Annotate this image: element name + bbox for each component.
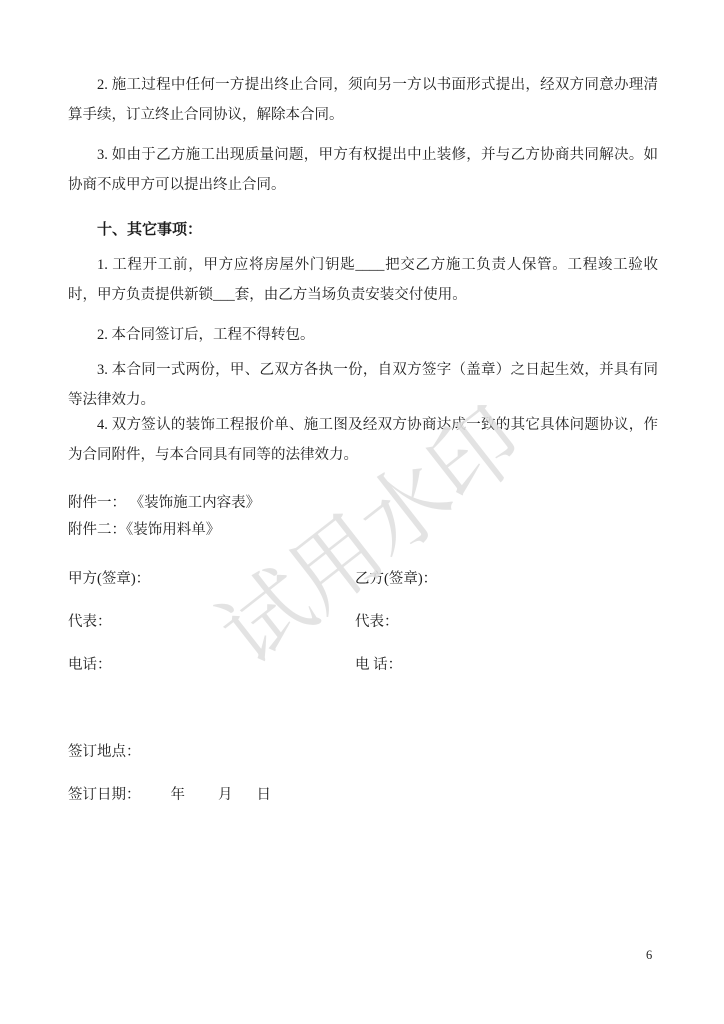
signing-date-year-label: 年	[171, 787, 186, 803]
party-a-phone-label: 电话：	[68, 650, 355, 680]
other-matters-item-keys: 1. 工程开工前，甲方应将房屋外门钥匙____把交乙方施工负责人保管。工程竣工验…	[68, 250, 658, 310]
signature-row-representative: 代表： 代表：	[68, 607, 658, 637]
party-a-representative-label: 代表：	[68, 607, 355, 637]
party-a-seal-label: 甲方(签章)：	[68, 564, 355, 594]
contract-page: 试用水印 2. 施工过程中任何一方提出终止合同，须向另一方以书面形式提出，经双方…	[0, 0, 724, 1024]
other-matters-item-no-subcontract: 2. 本合同签订后，工程不得转包。	[68, 320, 658, 350]
clause-quality-problem: 3. 如由于乙方施工出现质量问题，甲方有权提出中止装修，并与乙方协商共同解决。如…	[68, 140, 658, 200]
signature-row-seal: 甲方(签章)： 乙方(签章)：	[68, 564, 658, 594]
signing-date-month-label: 月	[218, 787, 233, 803]
section-heading-other-matters: 十、其它事项：	[68, 215, 658, 245]
other-matters-item-copies: 3. 本合同一式两份，甲、乙双方各执一份，自双方签字（盖章）之日起生效，并具有同…	[68, 355, 658, 415]
document-body: 2. 施工过程中任何一方提出终止合同，须向另一方以书面形式提出，经双方同意办理清…	[0, 0, 724, 810]
signing-date-line: 签订日期：年月日	[68, 780, 658, 810]
party-b-phone-label: 电 话：	[355, 650, 658, 680]
attachment-two-label: 附件二：《装饰用料单》	[68, 517, 658, 544]
clause-termination-request: 2. 施工过程中任何一方提出终止合同，须向另一方以书面形式提出，经双方同意办理清…	[68, 70, 658, 130]
party-b-representative-label: 代表：	[355, 607, 658, 637]
other-matters-item-appendices: 4. 双方签认的装饰工程报价单、施工图及经双方协商达成一致的其它具体问题协议，作…	[68, 410, 658, 470]
page-number: 6	[646, 946, 652, 964]
signature-block: 甲方(签章)： 乙方(签章)： 代表： 代表： 电话： 电 话：	[68, 564, 658, 680]
signing-place-label: 签订地点：	[68, 737, 658, 767]
signature-row-phone: 电话： 电 话：	[68, 650, 658, 680]
signing-date-day-label: 日	[257, 787, 272, 803]
attachment-one-label: 附件一： 《装饰施工内容表》	[68, 490, 658, 517]
party-b-seal-label: 乙方(签章)：	[355, 564, 658, 594]
signing-date-label: 签订日期：	[68, 787, 141, 803]
